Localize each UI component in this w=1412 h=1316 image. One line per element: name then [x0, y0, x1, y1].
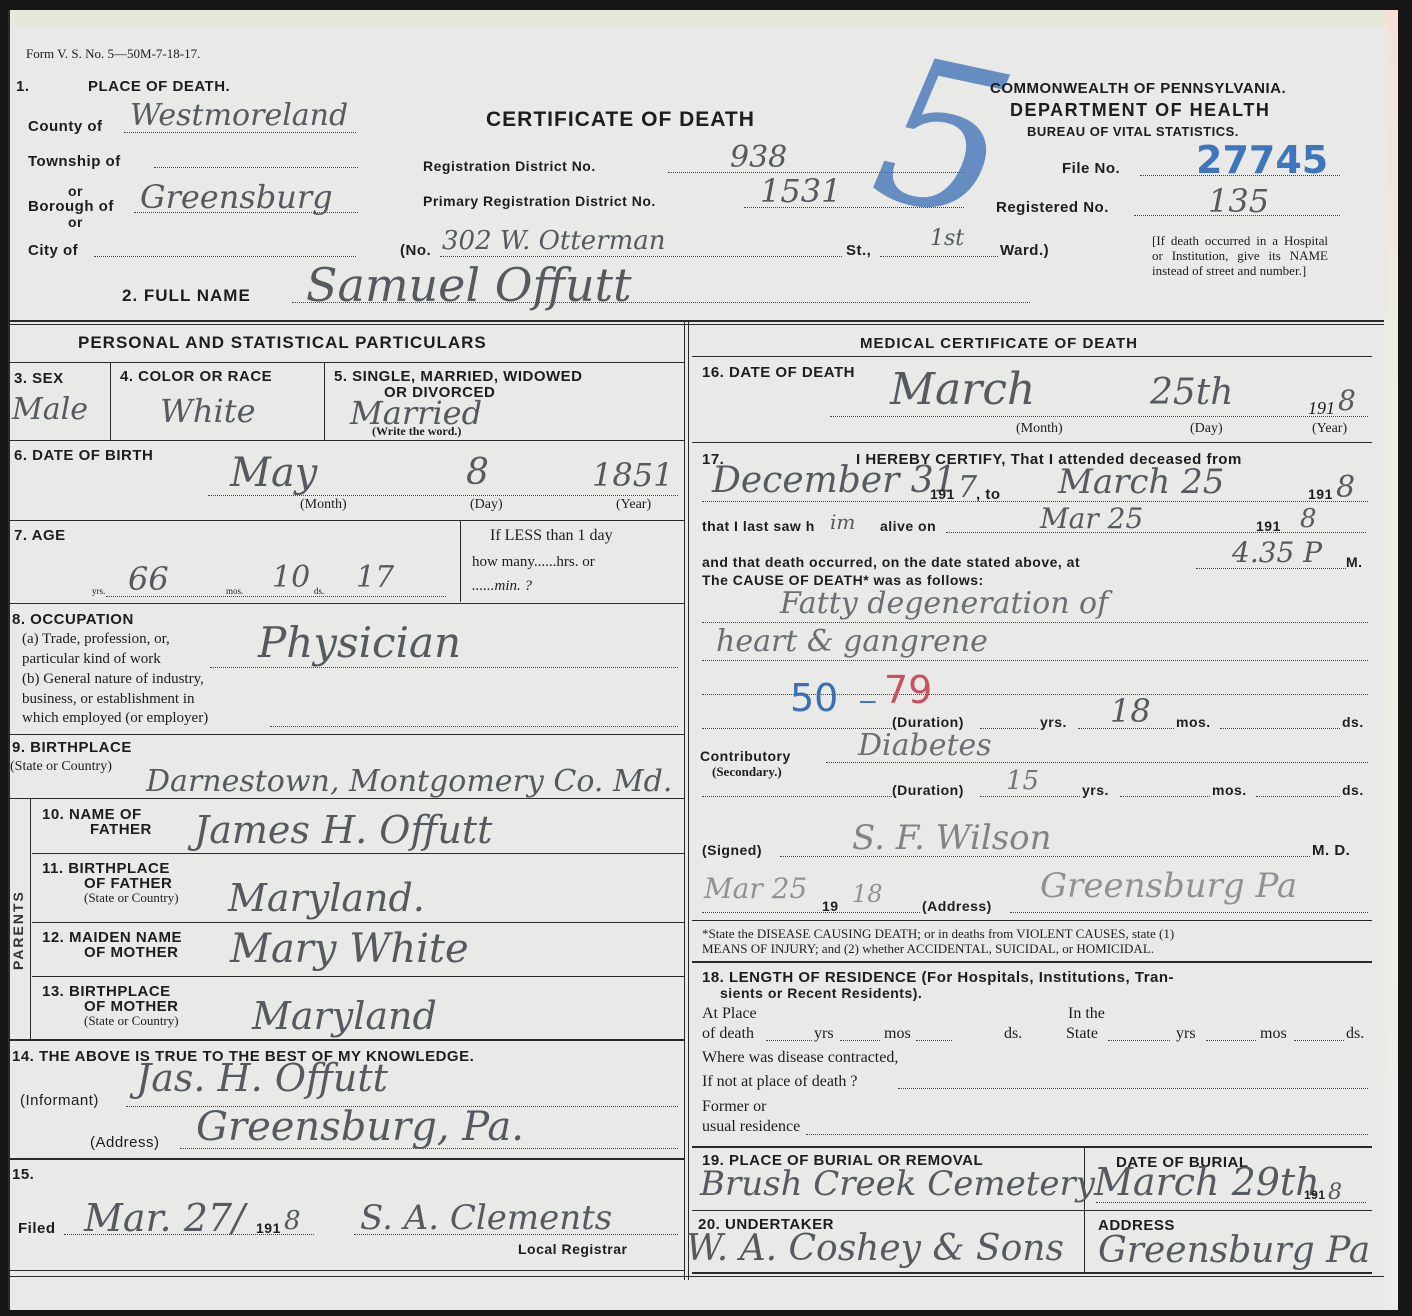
- occupation-b-2: business, or establishment in: [22, 691, 195, 708]
- contrib-ds-label: ds.: [1342, 782, 1364, 798]
- usual-residence-label: usual residence: [702, 1118, 800, 1136]
- registered-no-label: Registered No.: [996, 199, 1109, 216]
- contracted-label: Where was disease contracted,: [702, 1049, 898, 1067]
- burial-year: 8: [1328, 1180, 1342, 1205]
- cause-code-red: 79: [884, 668, 932, 712]
- place-ds-label: ds.: [1004, 1025, 1022, 1043]
- attended-to: March 25: [1058, 462, 1224, 502]
- race-label: 4. COLOR OR RACE: [120, 368, 272, 385]
- undertaker-address: Greensburg Pa: [1098, 1230, 1370, 1271]
- father-birthplace-hint: (State or Country): [84, 890, 179, 906]
- place-yrs-label: yrs: [814, 1025, 834, 1043]
- medical-heading: MEDICAL CERTIFICATE OF DEATH: [860, 335, 1138, 352]
- township-label: Township of: [28, 153, 121, 170]
- md-label: M. D.: [1312, 842, 1350, 859]
- burial-year-prefix: 191: [1304, 1188, 1326, 1202]
- age-months: 10: [272, 560, 310, 595]
- attended-from: December 31: [712, 460, 957, 501]
- dob-month: May: [230, 450, 317, 496]
- registration-district-value: 938: [730, 140, 787, 175]
- day-caption: (Day): [1190, 421, 1223, 437]
- commonwealth-heading: COMMONWEALTH OF PENNSYLVANIA.: [990, 80, 1286, 97]
- hospital-note: [If death occurred in a Hospital or Inst…: [1152, 233, 1328, 278]
- paper-edge: [10, 10, 1398, 26]
- duration-yrs-label: yrs.: [1040, 714, 1067, 730]
- dob-day: 8: [466, 452, 489, 493]
- informant-label: (Informant): [20, 1092, 99, 1109]
- death-year: 8: [1338, 384, 1356, 417]
- registration-district-label: Registration District No.: [423, 158, 596, 174]
- last-saw-pronoun: im: [830, 510, 855, 534]
- bureau-heading: BUREAU OF VITAL STATISTICS.: [1027, 124, 1239, 139]
- marital-hint: (Write the word.): [372, 424, 461, 439]
- place-mos-label: mos: [884, 1025, 911, 1043]
- last-saw-label: that I last saw h: [702, 518, 815, 534]
- death-month: March: [890, 364, 1035, 415]
- date-of-death-label: 16. DATE OF DEATH: [702, 364, 855, 381]
- borough-value: Greensburg: [140, 178, 333, 216]
- section-number: 1.: [16, 78, 30, 95]
- m-label: M.: [1346, 554, 1363, 570]
- full-name-label: 2. FULL NAME: [122, 286, 251, 306]
- father-name: James H. Offutt: [194, 808, 492, 852]
- physician-address: Greensburg Pa: [1040, 866, 1297, 906]
- contrib-duration-years: 15: [1006, 766, 1039, 796]
- ward-label: Ward.): [1000, 242, 1049, 259]
- filed-year-prefix: 191: [256, 1220, 281, 1236]
- birthplace-label: 9. BIRTHPLACE: [12, 739, 132, 756]
- death-year-prefix: 191: [1308, 398, 1335, 419]
- parents-side-label: PARENTS: [10, 890, 26, 970]
- duration-months: 18: [1110, 692, 1151, 730]
- personal-heading: PERSONAL AND STATISTICAL PARTICULARS: [78, 333, 487, 353]
- county-value: Westmoreland: [130, 98, 348, 133]
- state-yrs-label: yrs: [1176, 1025, 1196, 1043]
- burial-place: Brush Creek Cemetery: [700, 1164, 1095, 1204]
- file-no-label: File No.: [1062, 160, 1120, 177]
- occupation-b-1: (b) General nature of industry,: [22, 671, 204, 688]
- sex-value: Male: [12, 392, 88, 427]
- dob-year: 1851: [592, 456, 673, 494]
- st-label: St.,: [846, 242, 871, 259]
- primary-district-label: Primary Registration District No.: [423, 193, 656, 209]
- last-saw-year: 8: [1300, 504, 1317, 534]
- form-number: Form V. S. No. 5—50M-7-18-17.: [26, 46, 200, 62]
- time-of-death: 4.35 P: [1232, 536, 1322, 569]
- last-saw-date: Mar 25: [1040, 502, 1143, 535]
- to-year-prefix: 191: [1308, 486, 1333, 502]
- birthplace-hint: (State or Country): [10, 759, 112, 775]
- filed-year: 8: [284, 1206, 301, 1236]
- physician-address-label: (Address): [922, 898, 992, 914]
- primary-district-value: 1531: [760, 172, 841, 210]
- race-value: White: [160, 392, 256, 430]
- occupation-b-3: which employed (or employer): [22, 710, 208, 727]
- age-years: 66: [128, 560, 169, 598]
- cause-code-blue: 50: [790, 676, 838, 720]
- month-caption: (Month): [1016, 421, 1063, 437]
- from-year-prefix: 191: [930, 486, 955, 502]
- in-the-label: In the: [1068, 1005, 1105, 1023]
- alive-on-label: alive on: [880, 518, 936, 534]
- footnote-line-1: *State the DISEASE CAUSING DEATH; or in …: [702, 926, 1174, 942]
- month-caption: (Month): [300, 497, 347, 513]
- less-than-day-1: If LESS than 1 day: [490, 527, 613, 545]
- filed-date: Mar. 27/: [84, 1196, 245, 1240]
- year-caption: (Year): [1312, 421, 1347, 437]
- department-heading: DEPARTMENT OF HEALTH: [1010, 100, 1270, 121]
- sex-label: 3. SEX: [14, 370, 64, 387]
- marital-label: 5. SINGLE, MARRIED, WIDOWED: [334, 368, 583, 385]
- registrar-label: Local Registrar: [518, 1241, 627, 1257]
- mother-name: Mary White: [230, 926, 469, 972]
- informant-address-label: (Address): [90, 1134, 160, 1151]
- borough-label: Borough of: [28, 198, 114, 215]
- informant-address: Greensburg, Pa.: [196, 1104, 524, 1150]
- contrib-yrs-label: yrs.: [1082, 782, 1109, 798]
- mother-label-2: OF MOTHER: [84, 944, 179, 961]
- residence-heading-2: sients or Recent Residents).: [720, 985, 922, 1001]
- contributory-value: Diabetes: [858, 728, 992, 763]
- registered-no-value: 135: [1208, 182, 1269, 220]
- burial-date: March 29th: [1094, 1160, 1320, 1204]
- street-value: 302 W. Otterman: [442, 226, 666, 256]
- footnote-line-2: MEANS OF INJURY; and (2) whether ACCIDEN…: [702, 941, 1154, 957]
- occupation-a-2: particular kind of work: [22, 651, 161, 668]
- full-name-value: Samuel Offutt: [306, 258, 632, 312]
- age-days: 17: [356, 560, 394, 595]
- former-residence-label: Former or: [702, 1098, 766, 1116]
- undertaker-name: W. A. Coshey & Sons: [686, 1228, 1064, 1269]
- occupation-value: Physician: [258, 618, 461, 667]
- registrar-signature: S. A. Clements: [360, 1198, 612, 1238]
- or-label: or: [68, 183, 83, 199]
- to-label: , to: [976, 486, 1001, 503]
- place-of-death-heading: PLACE OF DEATH.: [88, 78, 230, 95]
- mother-birthplace: Maryland: [252, 994, 437, 1038]
- father-birthplace: Maryland.: [228, 876, 425, 920]
- physician-signature: S. F. Wilson: [852, 818, 1052, 858]
- cause-line-2: heart & gangrene: [716, 624, 988, 659]
- age-mos-caption: mos.: [226, 586, 243, 596]
- contrib-duration-label: (Duration): [892, 782, 964, 798]
- secondary-label: (Secondary.): [712, 764, 782, 780]
- state-mos-label: mos: [1260, 1025, 1287, 1043]
- signed-year: 18: [852, 880, 883, 908]
- cause-code-dash: –: [860, 684, 876, 716]
- signed-date: Mar 25: [704, 872, 807, 905]
- death-occurred-label: and that death occurred, on the date sta…: [702, 554, 1080, 570]
- street-no-label: (No.: [400, 242, 431, 259]
- state-label: State: [1066, 1025, 1098, 1043]
- less-than-day-2: how many......hrs. or: [472, 554, 595, 571]
- cause-line-1: Fatty degeneration of: [780, 586, 1108, 621]
- age-label: 7. AGE: [14, 527, 66, 544]
- certificate-title: CERTIFICATE OF DEATH: [486, 108, 755, 132]
- occupation-a-1: (a) Trade, profession, or,: [22, 631, 170, 648]
- dob-label: 6. DATE OF BIRTH: [14, 447, 153, 464]
- state-ds-label: ds.: [1346, 1025, 1364, 1043]
- filing-section-number: 15.: [12, 1166, 34, 1183]
- father-label-2: FATHER: [90, 821, 152, 838]
- paper-edge: [1386, 10, 1398, 1310]
- signed-label: (Signed): [702, 842, 762, 858]
- at-place-label: At Place: [702, 1005, 757, 1023]
- filed-label: Filed: [18, 1220, 56, 1237]
- to-year: 8: [1336, 470, 1355, 505]
- birthplace-value: Darnestown, Montgomery Co. Md.: [146, 764, 672, 799]
- day-caption: (Day): [470, 497, 503, 513]
- or-label: or: [68, 214, 83, 230]
- duration-ds-label: ds.: [1342, 714, 1364, 730]
- of-death-label: of death: [702, 1025, 754, 1043]
- contrib-mos-label: mos.: [1212, 782, 1247, 798]
- death-day: 25th: [1150, 372, 1233, 413]
- duration-mos-label: mos.: [1176, 714, 1211, 730]
- mother-birthplace-hint: (State or Country): [84, 1013, 179, 1029]
- file-no-value: 27745: [1196, 138, 1328, 182]
- contracted-label-2: If not at place of death ?: [702, 1073, 857, 1091]
- contributory-label: Contributory: [700, 748, 791, 764]
- signed-year-prefix: 19: [822, 898, 839, 914]
- informant-name: Jas. H. Offutt: [136, 1056, 388, 1100]
- residence-heading: 18. LENGTH OF RESIDENCE (For Hospitals, …: [702, 969, 1174, 986]
- city-label: City of: [28, 242, 78, 259]
- age-ds-caption: ds.: [314, 586, 324, 596]
- age-yrs-caption: yrs.: [92, 586, 105, 596]
- less-than-day-3: ......min. ?: [472, 578, 532, 595]
- year-caption: (Year): [616, 497, 651, 513]
- last-saw-year-prefix: 191: [1256, 518, 1281, 534]
- from-year: 7: [958, 470, 977, 505]
- county-label: County of: [28, 118, 102, 135]
- occupation-label: 8. OCCUPATION: [12, 611, 134, 628]
